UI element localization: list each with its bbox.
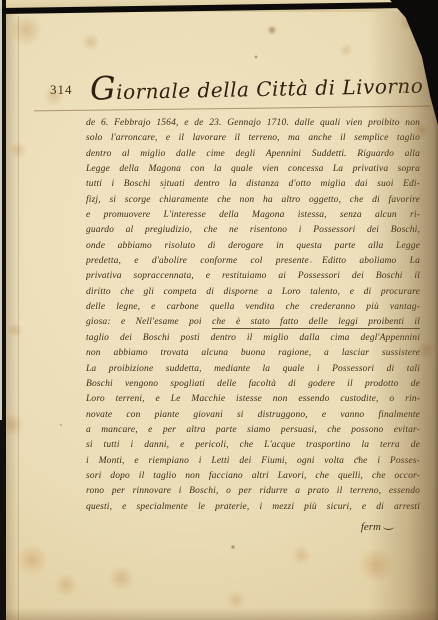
manuscript-line: tutti i Boschi situati dentro la distanz… [86,177,420,192]
manuscript-line: onde abbiamo risoluto di derogare in que… [86,239,420,254]
manuscript-line: si tutti i danni, e pericoli, che L'acqu… [86,438,420,453]
catchword-row: ferm [86,520,420,534]
manuscript-line: Boschi vengono spogliati delle facoltà d… [86,377,420,392]
manuscript-line: rono per rinnovare i Boschi, o per ridur… [86,484,420,499]
manuscript-line: guardo al pregiudizio, che ne risentono … [86,223,420,238]
manuscript-line: privativa sopraccennata, e restituiamo a… [86,269,420,284]
manuscript-line: taglio dei Boschi posti dentro il miglio… [86,331,420,346]
manuscript-line: Legge della Magona con la quale vien con… [86,162,420,177]
manuscript-line: diritto che gli competa di disporne a Lo… [86,285,420,300]
manuscript-line: non abbiamo trovata alcuna buona ragione… [86,346,420,361]
manuscript-line: a mancare, e per altra parte siamo persu… [86,423,420,438]
manuscript-page: 314 Giornale della Città di Livorno de 6… [6,0,438,620]
folio-number: 314 [50,82,73,98]
catchword: ferm [361,521,381,533]
manuscript-line: predetta, e d'abolire conforme col prese… [86,254,420,269]
manuscript-line: dentro al miglio dalle cime degli Apenni… [86,147,420,162]
underlined-passage: che è stato fatto delle leggi proibenti … [212,317,420,329]
manuscript-line: i Monti, e riempiano i Letti dei Fiumi, … [86,454,420,469]
manuscript-line: novate con piante giovani si distruggono… [86,408,420,423]
catchword-flourish [383,523,394,530]
manuscript-text-block: de 6. Febbrajo 1564, e de 23. Gennajo 17… [86,116,420,515]
paper-crease [18,16,19,620]
scan-left-edge [0,0,2,420]
manuscript-line: de 6. Febbrajo 1564, e de 23. Gennajo 17… [86,116,420,131]
manuscript-line: questi, e specialmente le praterie, i me… [86,500,420,515]
scanned-manuscript-screenshot: 314 Giornale della Città di Livorno de 6… [0,0,438,620]
manuscript-line: fizj, si scorge chiaramente che non ha a… [86,193,420,208]
manuscript-line: sori dopo il taglio non facciano altri L… [86,469,420,484]
manuscript-line: La proibizione suddetta, mediante la qua… [86,362,420,377]
manuscript-line-underlined: giosa: e Nell'esame poi che è stato fatt… [86,315,420,330]
manuscript-line: Loro terreni, e Le Macchie istesse non e… [86,392,420,407]
manuscript-line: solo l'arroncare, e il lavorare il terre… [86,131,420,146]
manuscript-line: delle legne, e carbone quella vendita ch… [86,300,420,315]
manuscript-line: e promuovere L'interesse della Magona is… [86,208,420,223]
